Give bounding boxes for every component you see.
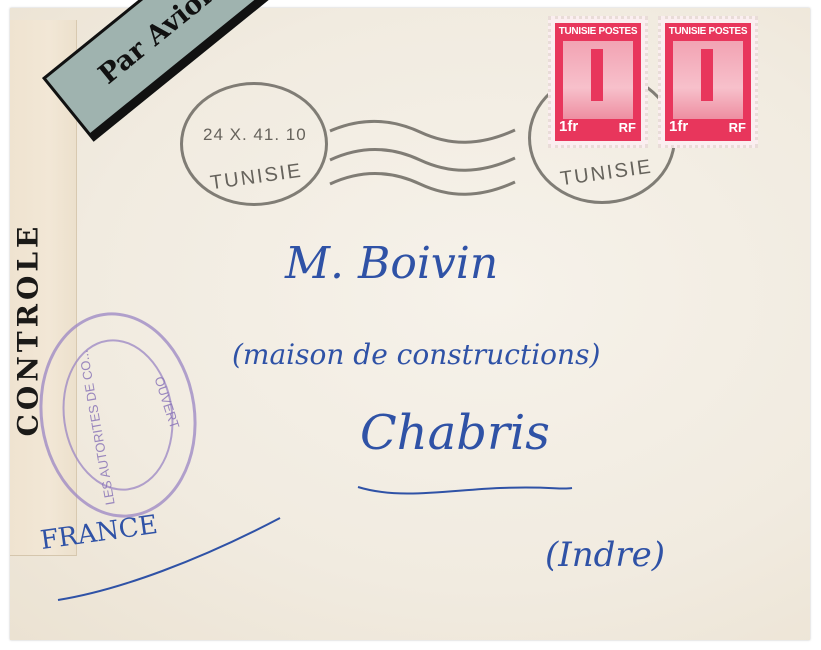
handwriting-underlines	[0, 0, 821, 650]
